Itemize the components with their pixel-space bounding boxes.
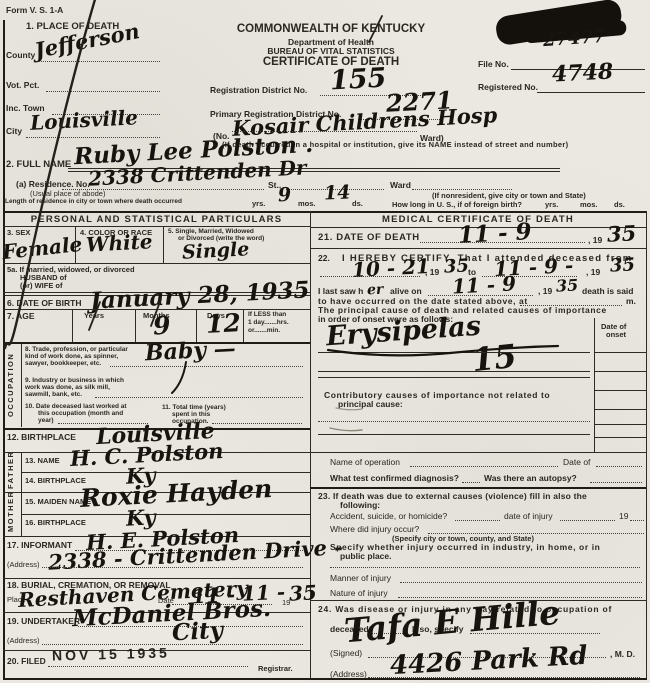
date-of-death-value: 11 - 9 <box>457 220 532 247</box>
attended-from-value: 10 - 21 <box>352 256 431 280</box>
divider <box>243 309 244 342</box>
nature-of-injury-label: Nature of injury <box>330 589 388 598</box>
file-no-label: File No. <box>478 60 509 69</box>
divider <box>590 482 642 483</box>
husband-label-line3: (or) WIFE of <box>20 282 63 290</box>
divider <box>163 226 164 263</box>
divider <box>594 437 646 438</box>
dob-label: 6. DATE OF BIRTH <box>7 299 81 308</box>
mother-birthplace-value: Ky <box>125 506 156 529</box>
contributory-line2: principal cause: <box>338 400 403 409</box>
age-less-line3: or.......min. <box>248 328 280 335</box>
divider <box>3 263 310 264</box>
filed-label: 20. FILED <box>7 657 46 666</box>
length-residence-label: Length of residence in city or town wher… <box>5 199 182 206</box>
injury-19-label: 19 <box>619 512 628 521</box>
md-label: , M. D. <box>610 650 635 659</box>
divider <box>310 248 646 249</box>
divider <box>42 644 303 645</box>
last-saw-text: I last saw h <box>318 287 363 296</box>
yrs-label: yrs. <box>252 200 265 208</box>
age-label: 7. AGE <box>7 312 35 321</box>
to-19-prefix: , 19 <box>586 268 600 277</box>
divider <box>21 472 310 473</box>
registration-district-label: Registration District No. <box>210 86 307 95</box>
divider <box>310 487 646 489</box>
nonresident-note: (If nonresident, give city or town and S… <box>432 192 586 200</box>
mother-side-label: MOTHER <box>6 497 15 532</box>
divider <box>318 377 590 378</box>
registrar-label: Registrar. <box>258 665 293 673</box>
dod-19-prefix: , 19 <box>588 236 602 245</box>
last-19-prefix: , 19 <box>538 287 552 296</box>
abode-note: (Usual place of abode) <box>30 190 105 198</box>
form-number: Form V. S. 1-A <box>6 6 63 15</box>
yrs2-label: yrs. <box>545 201 558 209</box>
specify-whether-line2: public place. <box>340 552 392 561</box>
mos2-label: mos. <box>580 201 598 209</box>
divider <box>48 666 248 667</box>
residence-months-value: 9 <box>278 186 292 206</box>
divider <box>318 421 590 422</box>
filed-date-stamp: NOV 15 1935 <box>52 644 170 663</box>
onset-box-border <box>594 318 595 452</box>
divider <box>560 520 615 521</box>
divider <box>410 466 558 467</box>
divider <box>594 352 646 353</box>
registered-no-label: Registered No. <box>478 83 538 92</box>
divider <box>462 482 480 483</box>
informant-address-label: (Address) <box>7 561 40 569</box>
divider <box>368 677 640 678</box>
divider <box>42 567 303 568</box>
age-days-value: 12 <box>205 310 241 337</box>
divider <box>594 371 646 372</box>
undertaker-label: 19. UNDERTAKER <box>7 617 80 626</box>
date-of-death-label: 21. DATE OF DEATH <box>318 233 420 243</box>
file-stamp-number: 27477 <box>542 28 606 50</box>
signed-label: (Signed) <box>330 649 362 658</box>
commonwealth-title: COMMONWEALTH OF KENTUCKY <box>215 24 447 36</box>
age-years-header: Years <box>84 312 104 320</box>
date-of-death-year: 35 <box>606 222 636 245</box>
divider <box>455 520 500 521</box>
divider <box>3 226 310 227</box>
divider <box>630 520 644 521</box>
color-race-value: White <box>86 231 154 254</box>
date-of-injury-label: date of injury <box>504 512 553 521</box>
father-name-label: 13. NAME <box>25 457 60 465</box>
accident-label: Accident, suicide, or homicide? <box>330 512 447 521</box>
table-top-border <box>3 211 647 213</box>
item-23-line2: following: <box>340 501 380 510</box>
trade-value: Baby — <box>144 338 236 365</box>
divider <box>594 390 646 391</box>
voting-precinct-label: Vot. Pct. <box>6 81 39 90</box>
city-value: Louisville <box>30 107 139 133</box>
right-border <box>646 211 647 679</box>
test-confirmed-label: What test confirmed diagnosis? <box>330 474 459 483</box>
attended-to-year: 35 <box>610 256 636 275</box>
divider <box>212 423 302 424</box>
divider <box>135 309 136 342</box>
column-divider <box>310 211 311 679</box>
divider <box>26 137 160 138</box>
last-worked-line3: year) <box>38 418 54 425</box>
age-less-line1: If LESS than <box>248 312 286 319</box>
full-name-label: 2. FULL NAME <box>6 160 71 170</box>
registered-no-value: 4748 <box>551 60 613 85</box>
county-label: County <box>6 51 35 60</box>
divider <box>594 424 646 425</box>
residence-ward-label: Ward <box>390 181 411 190</box>
from-19-prefix: , 19 <box>425 268 439 277</box>
manner-of-injury-label: Manner of injury <box>330 574 391 583</box>
ds-label: ds. <box>352 200 363 208</box>
death-is-said-text: death is said <box>582 287 634 296</box>
death-certificate-document: Form V. S. 1-A 1. PLACE OF DEATH County … <box>0 0 650 683</box>
age-less-line2: 1 day.......hrs. <box>248 320 289 327</box>
undertaker-address-value: City <box>171 619 223 645</box>
divider <box>21 514 310 515</box>
divider <box>400 582 642 583</box>
divider <box>110 366 303 367</box>
bureau-subtitle: BUREAU OF VITAL STATISTICS <box>215 47 447 56</box>
date-of-onset-line2: onset <box>606 331 626 339</box>
divider <box>46 91 160 92</box>
registration-district-value: 155 <box>329 65 387 95</box>
item-22-number: 22. <box>318 254 330 263</box>
table-bottom-border <box>3 678 647 680</box>
divider <box>318 434 590 435</box>
divider <box>594 409 646 410</box>
trade-label-line3: sawyer, bookkeeper, etc. <box>25 361 101 368</box>
marital-value: Single <box>182 240 250 262</box>
ds2-label: ds. <box>614 201 625 209</box>
left-border <box>3 20 5 679</box>
divider <box>318 371 590 372</box>
divider <box>3 578 310 579</box>
divider <box>38 61 160 62</box>
birthplace-label: 12. BIRTHPLACE <box>7 433 76 442</box>
residence-label: (a) Residence. No. <box>16 180 90 189</box>
occupation-side-label: OCCUPATION <box>6 350 15 420</box>
undertaker-address-label: (Address) <box>7 637 40 645</box>
last-saw-value: 11 - 9 <box>452 273 517 296</box>
autopsy-label: Was there an autopsy? <box>484 474 577 483</box>
divider <box>21 344 22 427</box>
personal-section-title: PERSONAL AND STATISTICAL PARTICULARS <box>3 215 310 225</box>
where-injury-label: Where did injury occur? <box>330 525 419 534</box>
industry-label-line3: sawmill, bank, etc. <box>25 392 82 399</box>
date-of-operation-label: Date of <box>563 458 590 467</box>
divider <box>596 466 642 467</box>
last-saw-year: 35 <box>556 277 579 294</box>
divider <box>3 309 310 310</box>
divider <box>72 309 73 342</box>
dob-value: January 28, 1935 <box>90 278 311 312</box>
sex-label: 3. SEX <box>7 229 30 237</box>
physician-address-value: 4426 Park Rd <box>389 643 588 679</box>
divider <box>412 189 512 190</box>
physician-address-label: (Address) <box>330 670 367 679</box>
father-side-label: FATHER <box>6 456 15 489</box>
divider <box>232 131 417 132</box>
age-months-value: 9 <box>152 313 171 339</box>
father-birthplace-label: 14. BIRTHPLACE <box>25 477 86 485</box>
residence-days-value: 14 <box>324 183 351 203</box>
divider <box>310 452 646 453</box>
mos-label: mos. <box>298 200 316 208</box>
m-label: m. <box>626 297 636 306</box>
divider <box>318 352 590 353</box>
city-label: City <box>6 127 22 136</box>
us-length-label: How long in U. S., if of foreign birth? <box>392 201 522 209</box>
divider <box>537 92 645 93</box>
mother-maiden-value: Roxie Hayden <box>79 476 272 511</box>
divider <box>95 397 303 398</box>
operation-label: Name of operation <box>330 458 400 467</box>
mother-birthplace-label: 16. BIRTHPLACE <box>25 519 86 527</box>
alive-on-text: alive on <box>390 287 422 296</box>
divider <box>330 567 640 568</box>
sex-value: Female <box>1 234 83 262</box>
